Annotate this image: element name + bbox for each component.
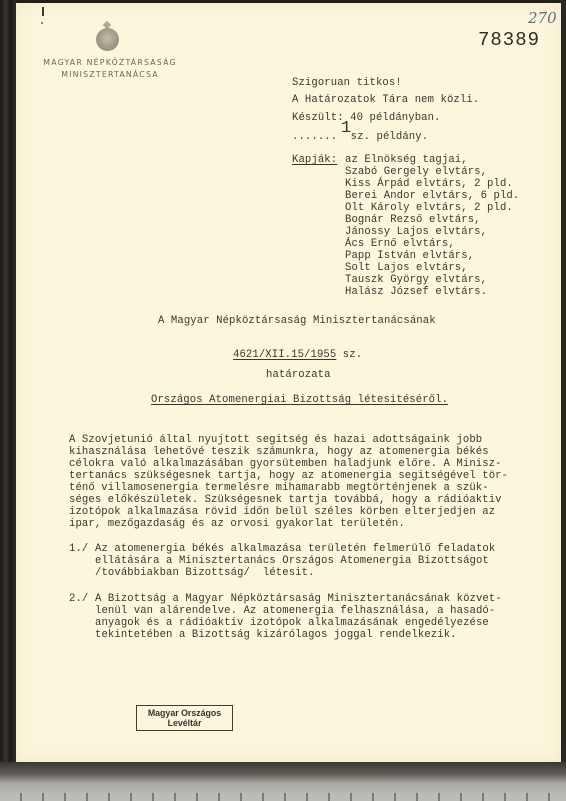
resolution-number-line: 4621/XII.15/1955 sz. [233, 349, 362, 361]
point-line: tekintetében a Bizottság kizárólagos jog… [95, 629, 457, 641]
paragraph-line: célokra való alkalmazásában gyorsütemben… [69, 458, 502, 470]
resolution-type: határozata [266, 369, 331, 381]
letterhead: MAGYAR NÉPKÖZTÁRSASÁG MINISZTERTANÁCSA [40, 57, 180, 80]
resolution-number: 4621/XII.15/1955 [233, 349, 336, 361]
resolution-subject: Országos Atomenergiai Bizottság létesité… [151, 394, 448, 406]
copy-number: 1 [341, 119, 351, 138]
point-line: lenül van alárendelve. Az atomenergia fe… [95, 605, 495, 617]
paragraph-line: ipar, mezőgazdaság és az orvosi gyakorla… [69, 518, 405, 530]
point-line: ellátására a Minisztertanács Országos At… [95, 555, 489, 567]
recipient-item: Solt Lajos elvtárs, [345, 262, 468, 274]
scanner-ruler [0, 793, 566, 801]
resolution-number-suffix: sz. [336, 349, 362, 361]
document-number: 78389 [478, 29, 540, 51]
coat-of-arms-icon [96, 28, 119, 51]
archive-stamp-line1: Magyar Országos [137, 708, 232, 718]
copies-made: Készült: 40 példányban. [292, 112, 441, 124]
issuer-line: A Magyar Népköztársaság Minisztertanácsá… [158, 315, 436, 327]
point-number: 1./ [69, 543, 88, 555]
point-line: A Bizottság a Magyar Népköztársaság Mini… [95, 593, 502, 605]
paragraph-line: A Szovjetunió által nyujtott segitség és… [69, 434, 482, 446]
recipient-item: Szabó Gergely elvtárs, [345, 166, 487, 178]
point-number: 2./ [69, 593, 88, 605]
recipients-label: Kapják: [292, 154, 337, 166]
scan-left-edge [0, 0, 16, 770]
copy-dots: ....... [292, 131, 337, 143]
recipient-item: Papp István elvtárs, [345, 250, 474, 262]
point-line: /továbbiakban Bizottság/ létesit. [95, 567, 315, 579]
recipient-item: Jánossy Lajos elvtárs, [345, 226, 487, 238]
handwritten-page-number: 270 [528, 9, 557, 27]
pencil-mark [41, 22, 43, 24]
recipient-item: Ács Ernő elvtárs, [345, 238, 455, 250]
recipient-item: az Elnökség tagjai, [345, 154, 468, 166]
paragraph-line: kihasználása lehetővé teszik számunkra, … [69, 446, 489, 458]
recipient-item: Kiss Árpád elvtárs, 2 pld. [345, 178, 513, 190]
paragraph-line: séges előkészületek. Szükségesnek tartja… [69, 494, 502, 506]
scanner-bed-edge [0, 762, 566, 801]
recipient-item: Tauszk György elvtárs, [345, 274, 487, 286]
letterhead-line2: MINISZTERTANÁCSA [40, 69, 180, 81]
pencil-mark [42, 7, 44, 16]
copy-number-line: ....... sz. példány. [292, 131, 428, 143]
document-page [16, 3, 561, 762]
copy-number-suffix: sz. példány. [344, 131, 428, 143]
archive-stamp: Magyar Országos Levéltár [136, 705, 233, 731]
not-published-note: A Határozatok Tára nem közli. [292, 94, 479, 106]
point-line: Az atomenergia békés alkalmazása terület… [95, 543, 495, 555]
paragraph-line: ténő villamosenergia termelésre mihamara… [69, 482, 489, 494]
paragraph-line: tertanács szükségesnek tartja, hogy az a… [69, 470, 508, 482]
paragraph-line: izotópok alkalmazása rövid időn belül sz… [69, 506, 495, 518]
point-line: anyagok és a rádióaktiv izotópok alkalma… [95, 617, 489, 629]
letterhead-line1: MAGYAR NÉPKÖZTÁRSASÁG [40, 57, 180, 69]
recipient-item: Berei Andor elvtárs, 6 pld. [345, 190, 519, 202]
recipient-item: Olt Károly elvtárs, 2 pld. [345, 202, 513, 214]
classification-secret: Szigoruan titkos! [292, 77, 402, 89]
archive-stamp-line2: Levéltár [137, 718, 232, 728]
recipient-item: Halász József elvtárs. [345, 286, 487, 298]
recipient-item: Bognár Rezső elvtárs, [345, 214, 481, 226]
